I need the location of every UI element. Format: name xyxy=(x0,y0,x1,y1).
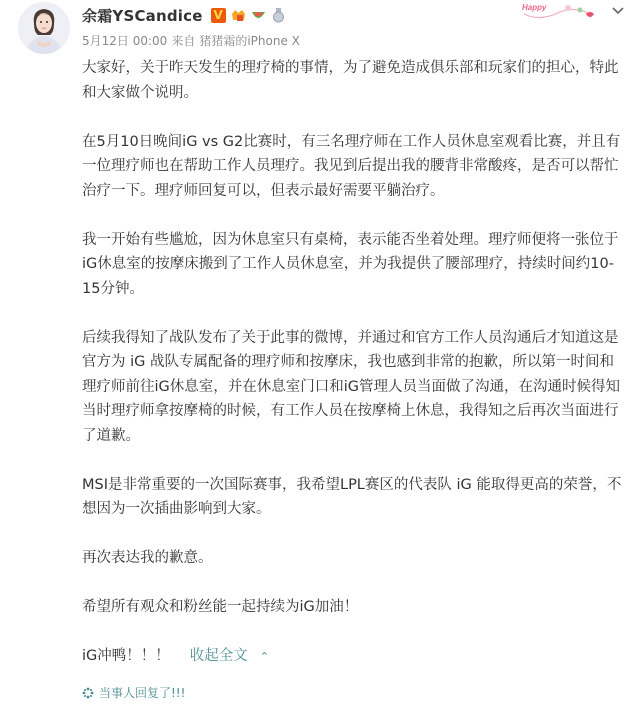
paragraph: 我一开始有些尴尬，因为休息室只有桌椅，表示能否坐着处理。理疗师便将一张位于iG休… xyxy=(82,228,628,302)
medal-badge-icon[interactable] xyxy=(271,8,286,23)
from-label: 来自 xyxy=(171,32,195,49)
paragraph: 大家好，关于昨天发生的理疗椅的事情，为了避免造成俱乐部和玩家们的担心，特此和大家… xyxy=(82,56,628,105)
avatar-portrait-icon xyxy=(18,2,70,54)
paragraph: 再次表达我的歉意。 xyxy=(82,546,628,571)
post-body: 大家好，关于昨天发生的理疗椅的事情，为了避免造成俱乐部和玩家们的担心，特此和大家… xyxy=(82,56,628,670)
watermelon-badge-icon[interactable] xyxy=(251,8,266,23)
device-source: 猪猪霜的iPhone X xyxy=(199,32,300,49)
paragraph: 希望所有观众和粉丝能一起持续为iG加油！ xyxy=(82,595,628,620)
paragraph: 在5月10日晚间iG vs G2比赛时，有三名理疗师在工作人员休息室观看比赛，并… xyxy=(82,130,628,204)
paragraph: 后续我得知了战队发布了关于此事的微博，并通过和官方工作人员沟通后才知道这是官方为… xyxy=(82,326,628,449)
author-reply-notice[interactable]: 当事人回复了!!! xyxy=(82,684,185,701)
chevron-up-icon[interactable]: ⌃ xyxy=(260,645,269,670)
post-meta: 5月12日 00:00 来自 猪猪霜的iPhone X xyxy=(82,32,640,49)
chevron-down-icon[interactable] xyxy=(610,4,626,18)
post-date[interactable]: 5月12日 00:00 xyxy=(82,32,167,49)
collapse-full-text-link[interactable]: 收起全文 xyxy=(190,648,248,664)
verified-v-icon[interactable]: V xyxy=(211,8,226,23)
sparkle-icon xyxy=(82,687,94,699)
reply-notice-text[interactable]: 当事人回复了!!! xyxy=(99,684,185,701)
avatar[interactable] xyxy=(18,2,70,54)
happy-decoration-icon: Happy xyxy=(520,0,600,22)
closing-text: iG冲鸭！！！ xyxy=(82,648,170,664)
paragraph: MSI是非常重要的一次国际赛事，我希望LPL赛区的代表队 iG 能取得更高的荣誉… xyxy=(82,473,628,522)
badge-list: V xyxy=(211,8,286,23)
crown-badge-icon[interactable] xyxy=(231,8,246,23)
author-name[interactable]: 余霜YSCandice xyxy=(82,5,203,26)
svg-text:Happy: Happy xyxy=(522,3,547,12)
closing-line: iG冲鸭！！！收起全文⌃ xyxy=(82,644,628,670)
